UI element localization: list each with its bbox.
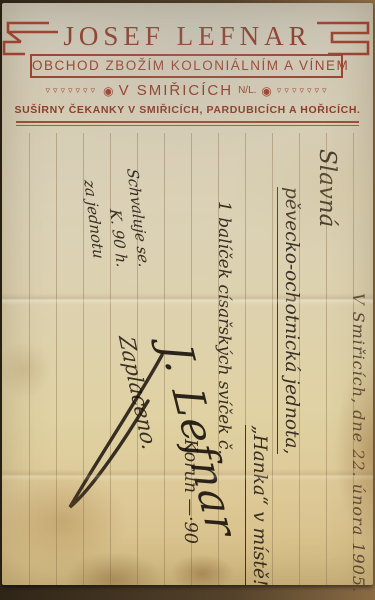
spiral-left-icon: ◉ xyxy=(103,84,113,98)
meander-ornament-left-icon xyxy=(1,21,59,57)
letterhead-divider-thin xyxy=(16,125,359,126)
merchant-name: JOSEF LEFNAR xyxy=(63,21,311,52)
approval-note: Schvaluje se. K. 90 h. za jednotu xyxy=(76,166,154,270)
meander-ornament-right-icon xyxy=(316,21,374,57)
salutation-text: Slavná xyxy=(314,149,340,227)
city-name: V SMIŘICÍCH xyxy=(119,82,234,99)
triangle-row-right-icon: ▿▿▿▿▿▿▿ xyxy=(277,86,330,96)
document-scan: JOSEF LEFNAR OBCHOD ZBOŽÍM KOLONIÁLNÍM A… xyxy=(0,0,375,600)
date-text: V Smiřicích, dne 22. února 1905. xyxy=(349,293,368,593)
date-line: V Smiřicích, dne 22. února 1905. xyxy=(349,293,368,593)
letterhead-name-row: JOSEF LEFNAR xyxy=(2,15,373,57)
business-line-box: OBCHOD ZBOŽÍM KOLONIÁLNÍM A VÍNEM xyxy=(30,54,343,78)
paper-sheet: JOSEF LEFNAR OBCHOD ZBOŽÍM KOLONIÁLNÍM A… xyxy=(2,3,373,585)
salutation-line: Slavná xyxy=(314,149,340,227)
letterhead-subtitle: SUŠÍRNY ČEKANKY V SMIŘICÍCH, PARDUBICÍCH… xyxy=(2,104,373,116)
city-suffix: N/L. xyxy=(238,85,256,96)
triangle-row-left-icon: ▿▿▿▿▿▿▿ xyxy=(45,86,98,96)
handwritten-letter: V Smiřicích, dne 22. února 1905. Slavná … xyxy=(42,143,372,600)
addressee-text-2: „Hanka“ v místě! xyxy=(249,425,270,586)
addressee-line-1: pěvecko-ochotnická jednota, xyxy=(277,187,302,454)
addressee-text-1: pěvecko-ochotnická jednota, xyxy=(281,187,302,454)
letterhead-divider-thick xyxy=(16,121,359,123)
addressee-line-2: „Hanka“ v místě! xyxy=(245,425,270,586)
spiral-right-icon: ◉ xyxy=(261,84,271,98)
city-line: ▿▿▿▿▿▿▿ ◉ V SMIŘICÍCH N/L. ◉ ▿▿▿▿▿▿▿ xyxy=(2,82,373,99)
